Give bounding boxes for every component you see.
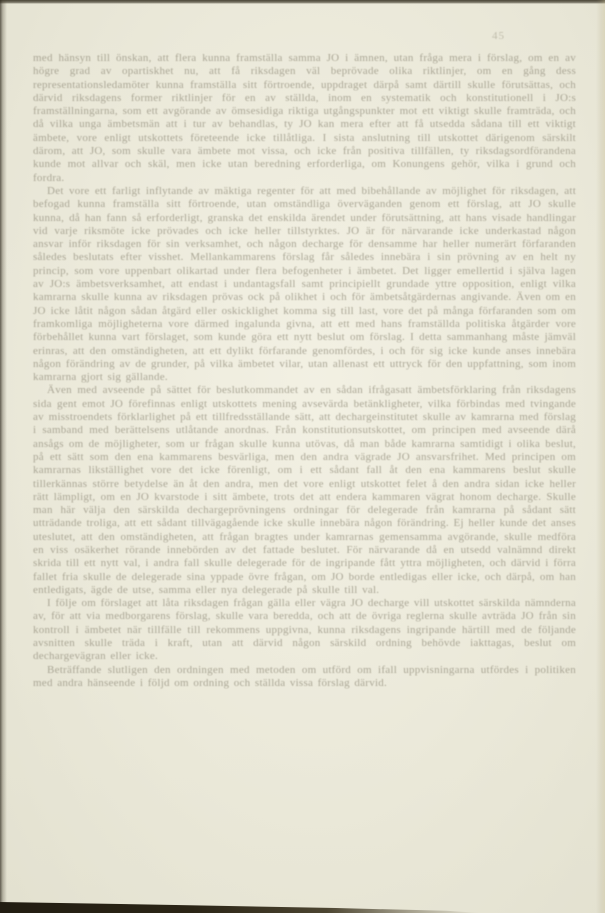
paragraph: I följe om förslaget att låta riksdagen … [33, 597, 576, 663]
scan-edge-left [0, 0, 7, 913]
scan-edge-top [0, 0, 605, 4]
paragraph: Även med avseende på sättet för beslutko… [33, 384, 576, 597]
scan-edge-bottom-shadow [0, 902, 480, 913]
page-number: 45 [492, 30, 505, 42]
scanned-page: 45 med hänsyn till önskan, att flera kun… [0, 0, 605, 913]
paragraph: Det vore ett farligt inflytande av mäkti… [33, 185, 576, 384]
body-text: med hänsyn till önskan, att flera kunna … [33, 52, 576, 690]
paragraph: med hänsyn till önskan, att flera kunna … [33, 52, 576, 185]
paragraph: Beträffande slutligen den ordningen med … [33, 664, 576, 691]
scan-edge-right [596, 0, 605, 913]
